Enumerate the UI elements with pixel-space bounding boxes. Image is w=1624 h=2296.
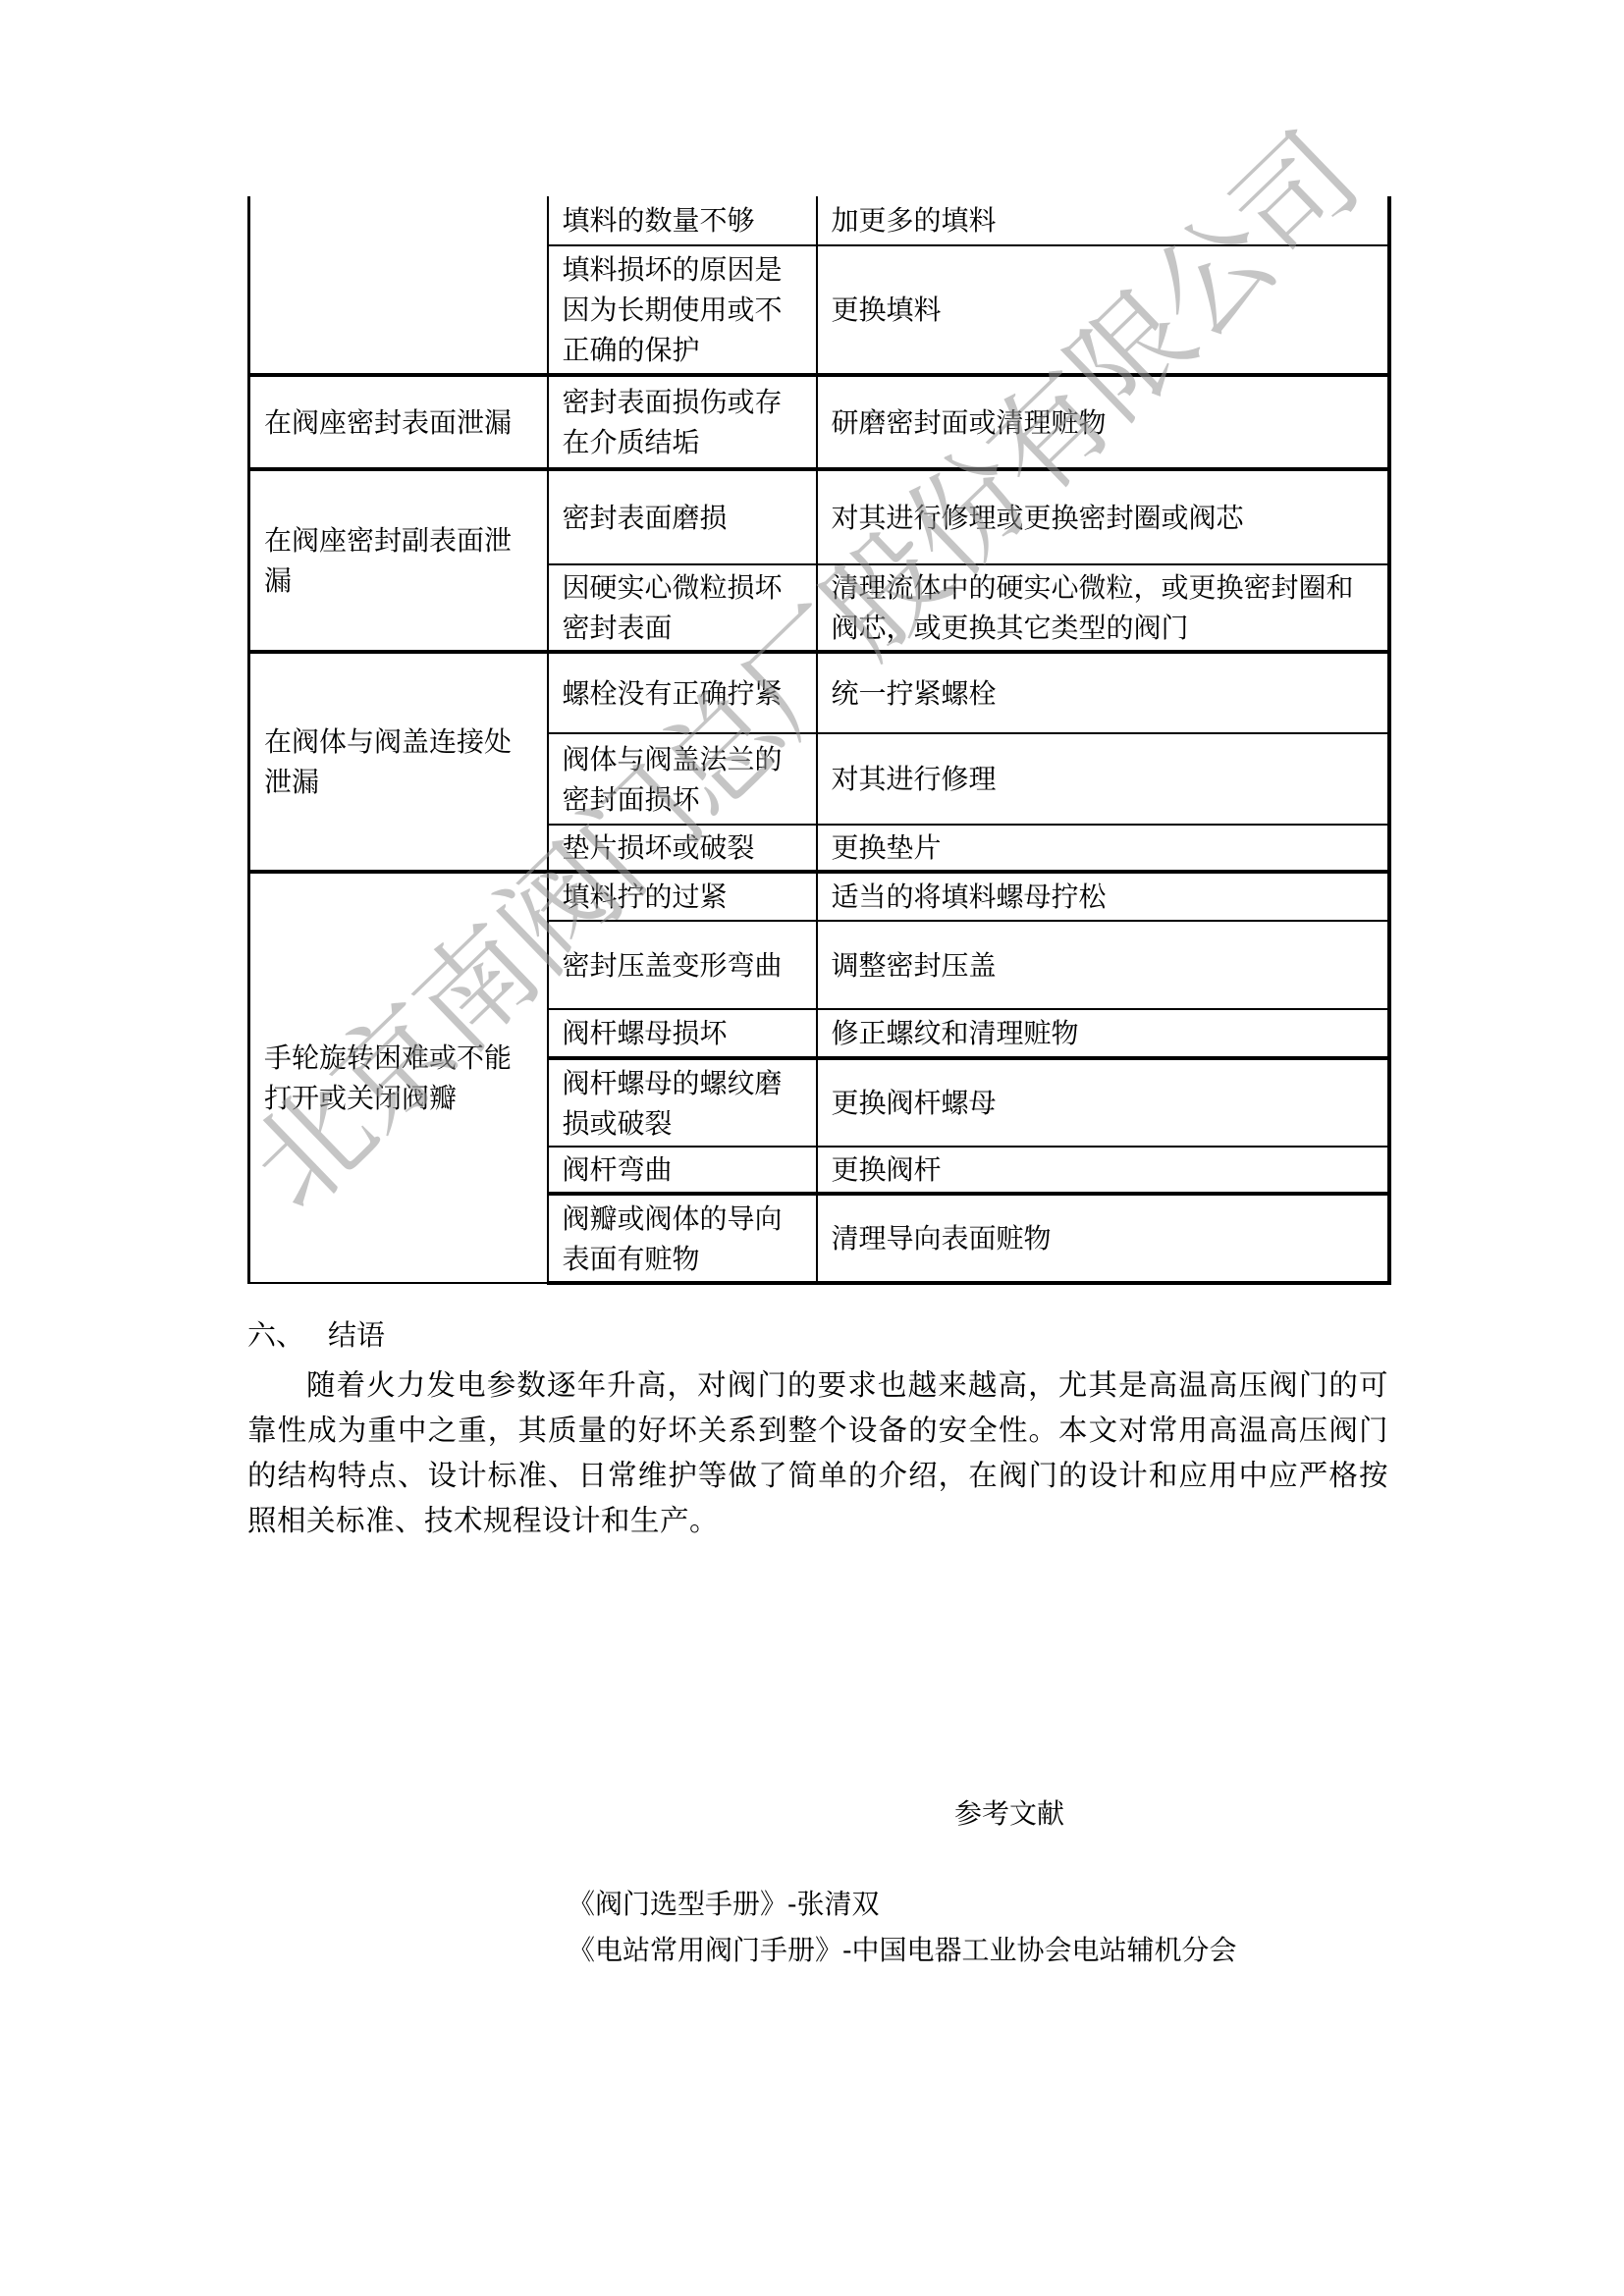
remedy-cell: 更换阀杆 xyxy=(817,1147,1389,1194)
cause-cell: 密封压盖变形弯曲 xyxy=(548,921,817,1009)
conclusion-paragraph: 随着火力发电参数逐年升高，对阀门的要求也越来越高，尤其是高温高压阀门的可靠性成为… xyxy=(247,1362,1388,1543)
remedy-cell: 修正螺纹和清理赃物 xyxy=(817,1009,1389,1058)
reference-item: 《电站常用阀门手册》-中国电器工业协会电站辅机分会 xyxy=(568,1927,1236,1973)
cause-cell: 填料损坏的原因是因为长期使用或不正确的保护 xyxy=(548,245,817,375)
document-page: 填料的数量不够 加更多的填料 填料损坏的原因是因为长期使用或不正确的保护 更换填… xyxy=(0,0,1624,2296)
remedy-cell: 清理导向表面赃物 xyxy=(817,1194,1389,1283)
section-number: 六、 xyxy=(247,1315,328,1355)
table-row: 在阀座密封副表面泄漏 密封表面磨损 对其进行修理或更换密封圈或阀芯 xyxy=(249,469,1389,564)
cause-cell: 阀瓣或阀体的导向表面有赃物 xyxy=(548,1194,817,1283)
symptom-cell xyxy=(249,196,548,375)
table-row: 手轮旋转困难或不能打开或关闭阀瓣 填料拧的过紧 适当的将填料螺母拧松 xyxy=(249,872,1389,921)
section-title: 结语 xyxy=(328,1318,385,1352)
cause-cell: 密封表面磨损 xyxy=(548,469,817,564)
cause-cell: 填料的数量不够 xyxy=(548,196,817,245)
cause-cell: 阀杆弯曲 xyxy=(548,1147,817,1194)
cause-cell: 填料拧的过紧 xyxy=(548,872,817,921)
remedy-cell: 对其进行修理 xyxy=(817,733,1389,825)
valve-fault-table: 填料的数量不够 加更多的填料 填料损坏的原因是因为长期使用或不正确的保护 更换填… xyxy=(247,196,1391,1285)
remedy-cell: 加更多的填料 xyxy=(817,196,1389,245)
remedy-cell: 适当的将填料螺母拧松 xyxy=(817,872,1389,921)
references-title: 参考文献 xyxy=(954,1794,1064,1834)
remedy-cell: 对其进行修理或更换密封圈或阀芯 xyxy=(817,469,1389,564)
cause-cell: 密封表面损伤或存在介质结垢 xyxy=(548,375,817,469)
cause-cell: 阀体与阀盖法兰的密封面损坏 xyxy=(548,733,817,825)
cause-cell: 螺栓没有正确拧紧 xyxy=(548,652,817,733)
remedy-cell: 调整密封压盖 xyxy=(817,921,1389,1009)
cause-cell: 阀杆螺母损坏 xyxy=(548,1009,817,1058)
references-list: 《阀门选型手册》-张清双 《电站常用阀门手册》-中国电器工业协会电站辅机分会 xyxy=(568,1881,1236,1973)
table-row: 在阀体与阀盖连接处泄漏 螺栓没有正确拧紧 统一拧紧螺栓 xyxy=(249,652,1389,733)
remedy-cell: 更换阀杆螺母 xyxy=(817,1058,1389,1147)
table-row: 填料的数量不够 加更多的填料 xyxy=(249,196,1389,245)
symptom-cell: 在阀座密封副表面泄漏 xyxy=(249,469,548,652)
section-heading-conclusion: 六、结语 xyxy=(247,1315,385,1355)
cause-cell: 因硬实心微粒损坏密封表面 xyxy=(548,564,817,652)
remedy-cell: 更换垫片 xyxy=(817,825,1389,872)
reference-item: 《阀门选型手册》-张清双 xyxy=(568,1881,1236,1927)
symptom-cell: 在阀座密封表面泄漏 xyxy=(249,375,548,469)
remedy-cell: 更换填料 xyxy=(817,245,1389,375)
remedy-cell: 清理流体中的硬实心微粒，或更换密封圈和阀芯，或更换其它类型的阀门 xyxy=(817,564,1389,652)
symptom-cell: 手轮旋转困难或不能打开或关闭阀瓣 xyxy=(249,872,548,1283)
cause-cell: 垫片损坏或破裂 xyxy=(548,825,817,872)
cause-cell: 阀杆螺母的螺纹磨损或破裂 xyxy=(548,1058,817,1147)
table-row: 在阀座密封表面泄漏 密封表面损伤或存在介质结垢 研磨密封面或清理赃物 xyxy=(249,375,1389,469)
remedy-cell: 研磨密封面或清理赃物 xyxy=(817,375,1389,469)
symptom-cell: 在阀体与阀盖连接处泄漏 xyxy=(249,652,548,872)
remedy-cell: 统一拧紧螺栓 xyxy=(817,652,1389,733)
